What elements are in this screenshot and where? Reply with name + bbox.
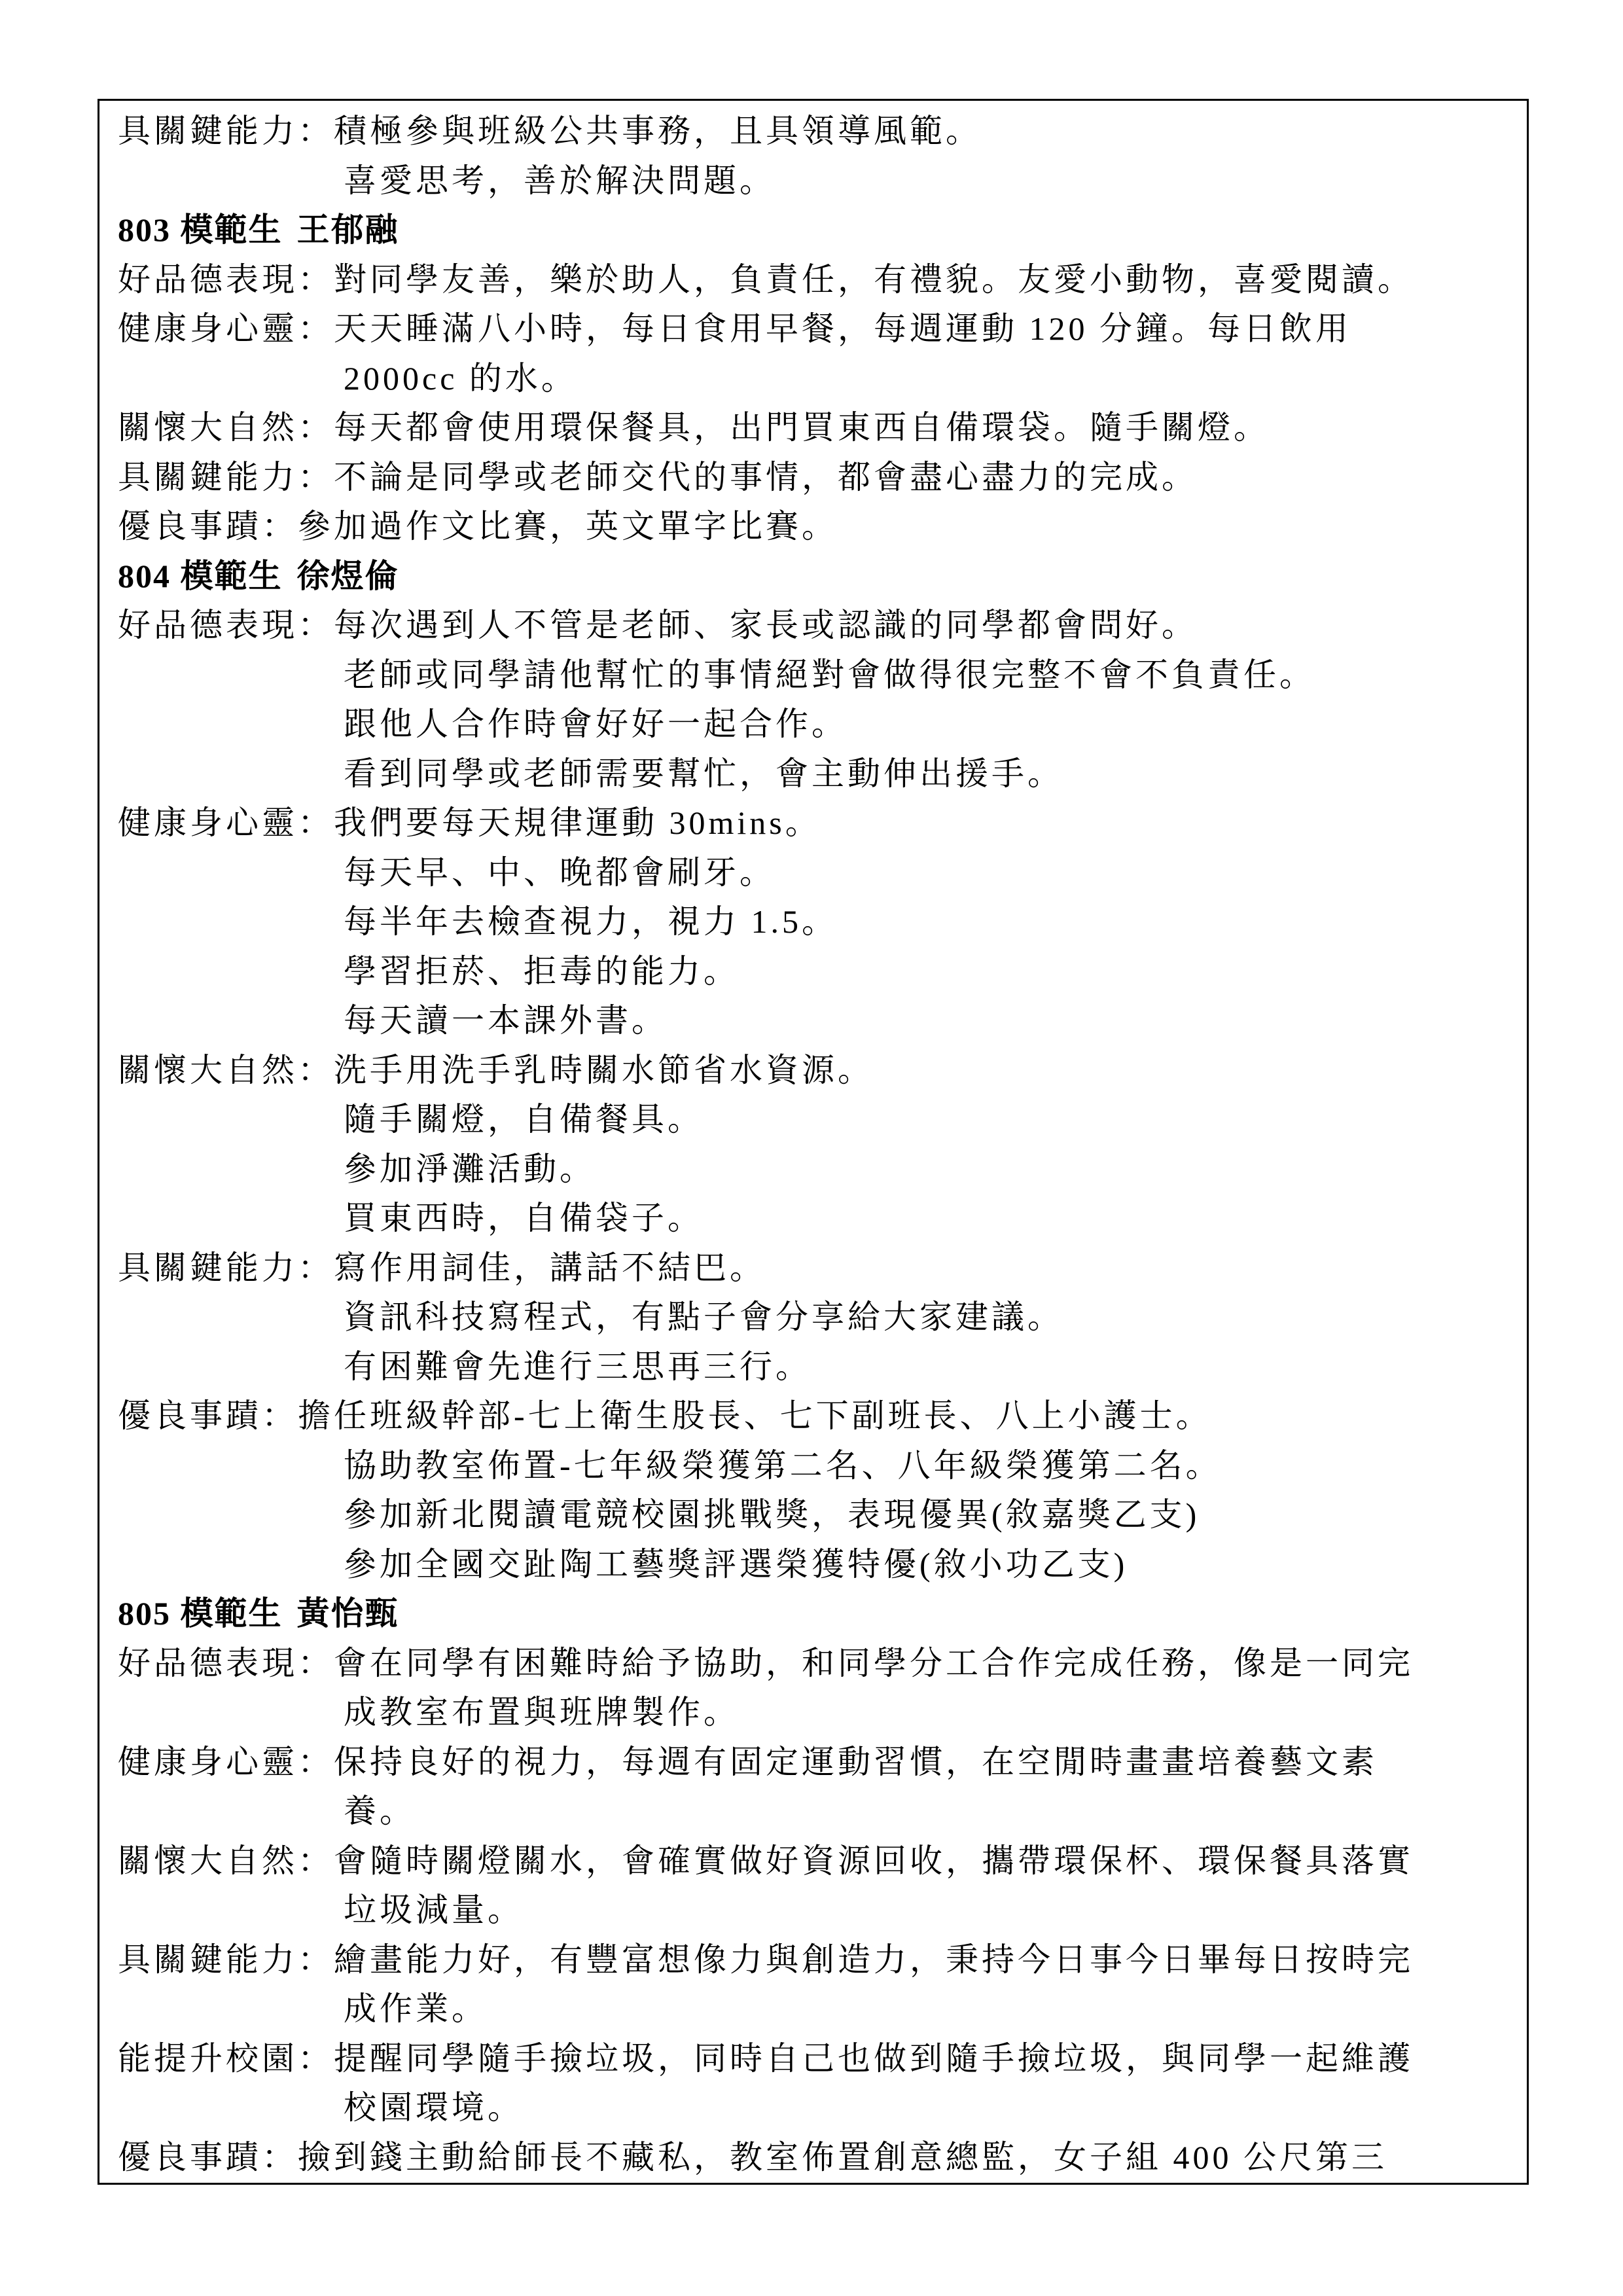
section-line: 老師或同學請他幫忙的事情絕對會做得很完整不會不負責任。 (118, 651, 1514, 700)
section-line: 每天讀一本課外書。 (118, 996, 1514, 1046)
document-content: 具關鍵能力：積極參與班級公共事務，且具領導風範。 喜愛思考，善於解決問題。 80… (118, 107, 1514, 2182)
section-text: 每天早、中、晚都會刷牙。 (344, 854, 776, 891)
section-label: 能提升校園： (118, 2040, 334, 2077)
section-line: 好品德表現：會在同學有困難時給予協助，和同學分工合作完成任務，像是一同完 (118, 1639, 1514, 1689)
section-line: 校園環境。 (118, 2083, 1514, 2133)
section-line: 成作業。 (118, 1984, 1514, 2034)
section-text: 洗手用洗手乳時關水節省水資源。 (334, 1052, 874, 1088)
section-text: 有困難會先進行三思再三行。 (344, 1348, 811, 1385)
section-text: 擔任班級幹部-七上衛生股長、七下副班長、八上小護士。 (298, 1397, 1212, 1434)
section-text: 保持良好的視力，每週有固定運動習慣，在空閒時畫畫培養藝文素 (334, 1744, 1378, 1780)
section-text: 參加新北閱讀電競校園挑戰獎，表現優異(敘嘉獎乙支) (344, 1496, 1200, 1533)
section-text: 垃圾減量。 (344, 1892, 524, 1928)
section-line: 健康身心靈：天天睡滿八小時，每日食用早餐，每週運動 120 分鐘。每日飲用 (118, 304, 1514, 354)
section-line: 參加全國交趾陶工藝獎評選榮獲特優(敘小功乙支) (118, 1540, 1514, 1590)
section-text: 2000cc 的水。 (344, 360, 577, 397)
section-text: 成教室布置與班牌製作。 (344, 1694, 740, 1731)
section-text: 參加過作文比賽，英文單字比賽。 (298, 508, 838, 545)
section-line: 具關鍵能力：積極參與班級公共事務，且具領導風範。 (118, 107, 1514, 156)
section-text: 天天睡滿八小時，每日食用早餐，每週運動 120 分鐘。每日飲用 (334, 310, 1351, 347)
section-line: 買東西時，自備袋子。 (118, 1194, 1514, 1244)
section-text: 我們要每天規律運動 30mins。 (334, 804, 821, 841)
student-name: 王郁融 (297, 211, 399, 248)
section-line: 關懷大自然：每天都會使用環保餐具，出門買東西自備環袋。隨手關燈。 (118, 403, 1514, 453)
section-label: 關懷大自然： (118, 1052, 334, 1088)
section-line: 學習拒菸、拒毒的能力。 (118, 947, 1514, 997)
section-line: 具關鍵能力：不論是同學或老師交代的事情，都會盡心盡力的完成。 (118, 453, 1514, 503)
section-text: 撿到錢主動給師長不藏私，教室佈置創意總監，女子組 400 公尺第三 (298, 2139, 1387, 2176)
section-label: 好品德表現： (118, 261, 334, 298)
section-text: 寫作用詞佳，講話不結巴。 (334, 1249, 766, 1286)
section-text: 會隨時關燈關水，會確實做好資源回收，攜帶環保杯、環保餐具落實 (334, 1842, 1414, 1879)
section-line: 優良事蹟：撿到錢主動給師長不藏私，教室佈置創意總監，女子組 400 公尺第三 (118, 2133, 1514, 2183)
section-line: 健康身心靈：我們要每天規律運動 30mins。 (118, 798, 1514, 848)
section-label: 優良事蹟： (118, 508, 298, 545)
section-line: 優良事蹟：擔任班級幹部-七上衛生股長、七下副班長、八上小護士。 (118, 1391, 1514, 1441)
section-label: 優良事蹟： (118, 2139, 298, 2176)
section-text: 每天都會使用環保餐具，出門買東西自備環袋。隨手關燈。 (334, 409, 1270, 446)
section-line: 看到同學或老師需要幫忙，會主動伸出援手。 (118, 749, 1514, 799)
student-heading-804: 804 模範生徐煜倫 (118, 552, 1514, 601)
student-name: 黃怡甄 (297, 1595, 399, 1632)
section-text: 學習拒菸、拒毒的能力。 (344, 953, 740, 990)
student-heading-803: 803 模範生王郁融 (118, 206, 1514, 255)
section-text: 參加淨灘活動。 (344, 1151, 596, 1187)
section-text: 喜愛思考，善於解決問題。 (344, 162, 776, 199)
section-text: 對同學友善，樂於助人，負責任，有禮貌。友愛小動物，喜愛閱讀。 (334, 261, 1414, 298)
section-text: 會在同學有困難時給予協助，和同學分工合作完成任務，像是一同完 (334, 1645, 1414, 1681)
section-text: 每半年去檢查視力，視力 1.5。 (344, 903, 838, 940)
section-text: 參加全國交趾陶工藝獎評選榮獲特優(敘小功乙支) (344, 1546, 1128, 1583)
section-text: 看到同學或老師需要幫忙，會主動伸出援手。 (344, 755, 1063, 792)
section-label: 具關鍵能力： (118, 1941, 334, 1978)
section-text: 老師或同學請他幫忙的事情絕對會做得很完整不會不負責任。 (344, 656, 1315, 693)
section-line: 喜愛思考，善於解決問題。 (118, 156, 1514, 206)
section-text: 校園環境。 (344, 2089, 524, 2126)
section-line: 隨手關燈，自備餐具。 (118, 1095, 1514, 1145)
section-text: 協助教室佈置-七年級榮獲第二名、八年級榮獲第二名。 (344, 1447, 1222, 1484)
section-text: 養。 (344, 1793, 416, 1829)
student-name: 徐煜倫 (297, 558, 399, 594)
section-line: 具關鍵能力：繪畫能力好，有豐富想像力與創造力，秉持今日事今日畢每日按時完 (118, 1935, 1514, 1985)
section-line: 能提升校園：提醒同學隨手撿垃圾，同時自己也做到隨手撿垃圾，與同學一起維護 (118, 2034, 1514, 2084)
section-line: 有困難會先進行三思再三行。 (118, 1342, 1514, 1392)
section-text: 每天讀一本課外書。 (344, 1002, 668, 1039)
section-label: 關懷大自然： (118, 409, 334, 446)
section-label: 具關鍵能力： (118, 1249, 334, 1286)
section-label: 具關鍵能力： (118, 113, 334, 149)
section-label: 健康身心靈： (118, 804, 334, 841)
award-title: 模範生 (181, 1595, 283, 1632)
section-label: 健康身心靈： (118, 310, 334, 347)
section-line: 成教室布置與班牌製作。 (118, 1688, 1514, 1738)
section-line: 關懷大自然：洗手用洗手乳時關水節省水資源。 (118, 1046, 1514, 1096)
section-label: 好品德表現： (118, 607, 334, 643)
student-heading-805: 805 模範生黃怡甄 (118, 1589, 1514, 1639)
section-line: 好品德表現：每次遇到人不管是老師、家長或認識的同學都會問好。 (118, 601, 1514, 651)
section-label: 優良事蹟： (118, 1397, 298, 1434)
section-label: 具關鍵能力： (118, 459, 334, 495)
section-text: 積極參與班級公共事務，且具領導風範。 (334, 113, 982, 149)
section-line: 參加新北閱讀電競校園挑戰獎，表現優異(敘嘉獎乙支) (118, 1490, 1514, 1540)
section-line: 養。 (118, 1787, 1514, 1837)
section-line: 2000cc 的水。 (118, 354, 1514, 404)
section-text: 成作業。 (344, 1990, 488, 2027)
section-text: 不論是同學或老師交代的事情，都會盡心盡力的完成。 (334, 459, 1198, 495)
section-line: 跟他人合作時會好好一起合作。 (118, 700, 1514, 749)
section-line: 好品德表現：對同學友善，樂於助人，負責任，有禮貌。友愛小動物，喜愛閱讀。 (118, 255, 1514, 305)
section-line: 每半年去檢查視力，視力 1.5。 (118, 897, 1514, 947)
class-number: 804 (118, 558, 171, 594)
section-line: 每天早、中、晚都會刷牙。 (118, 848, 1514, 898)
section-line: 參加淨灘活動。 (118, 1145, 1514, 1194)
section-text: 資訊科技寫程式，有點子會分享給大家建議。 (344, 1299, 1063, 1335)
section-label: 好品德表現： (118, 1645, 334, 1681)
section-text: 提醒同學隨手撿垃圾，同時自己也做到隨手撿垃圾，與同學一起維護 (334, 2040, 1414, 2077)
class-number: 803 (118, 211, 171, 248)
award-title: 模範生 (181, 211, 283, 248)
section-line: 垃圾減量。 (118, 1886, 1514, 1935)
section-label: 健康身心靈： (118, 1744, 334, 1780)
section-text: 繪畫能力好，有豐富想像力與創造力，秉持今日事今日畢每日按時完 (334, 1941, 1414, 1978)
document-frame: 具關鍵能力：積極參與班級公共事務，且具領導風範。 喜愛思考，善於解決問題。 80… (98, 99, 1529, 2185)
class-number: 805 (118, 1595, 171, 1632)
section-text: 跟他人合作時會好好一起合作。 (344, 706, 847, 742)
section-line: 優良事蹟：參加過作文比賽，英文單字比賽。 (118, 502, 1514, 552)
award-title: 模範生 (181, 558, 283, 594)
section-line: 具關鍵能力：寫作用詞佳，講話不結巴。 (118, 1244, 1514, 1293)
section-text: 每次遇到人不管是老師、家長或認識的同學都會問好。 (334, 607, 1198, 643)
section-line: 健康身心靈：保持良好的視力，每週有固定運動習慣，在空閒時畫畫培養藝文素 (118, 1738, 1514, 1787)
section-line: 關懷大自然：會隨時關燈關水，會確實做好資源回收，攜帶環保杯、環保餐具落實 (118, 1837, 1514, 1886)
section-label: 關懷大自然： (118, 1842, 334, 1879)
section-line: 協助教室佈置-七年級榮獲第二名、八年級榮獲第二名。 (118, 1441, 1514, 1491)
section-text: 買東西時，自備袋子。 (344, 1200, 704, 1236)
section-text: 隨手關燈，自備餐具。 (344, 1101, 704, 1138)
section-line: 資訊科技寫程式，有點子會分享給大家建議。 (118, 1293, 1514, 1342)
